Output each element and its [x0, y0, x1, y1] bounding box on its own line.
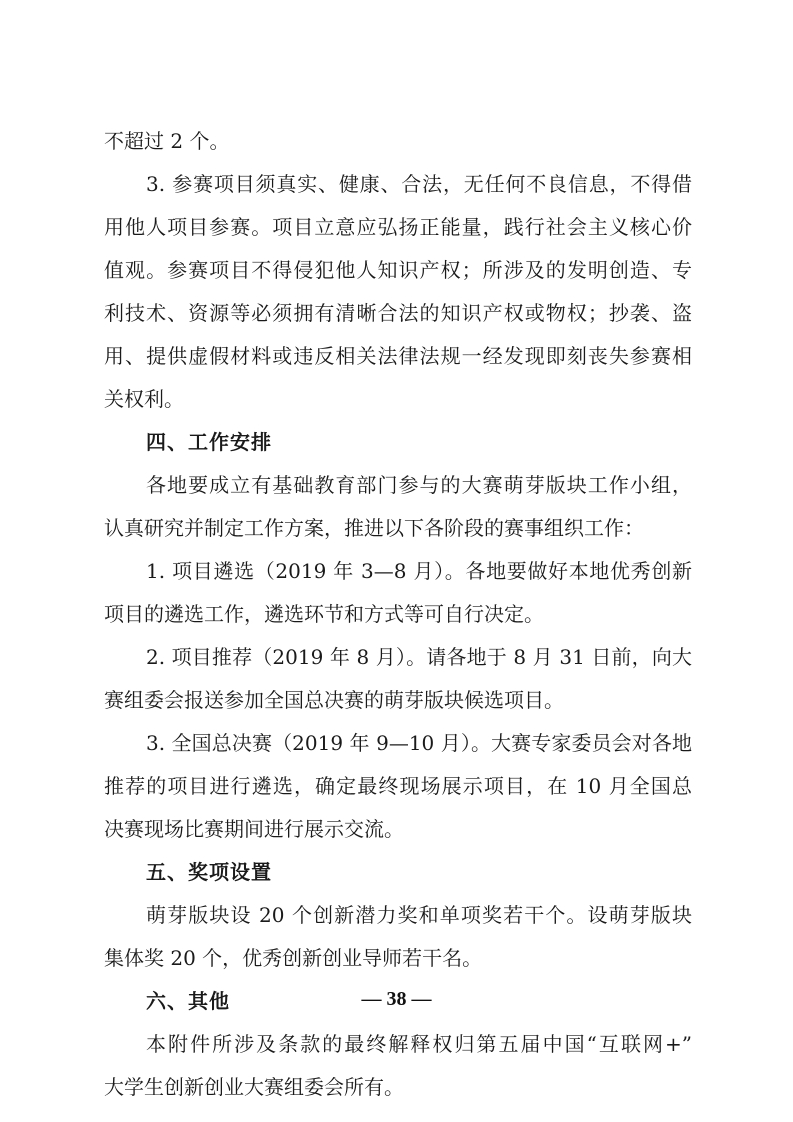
body-line: 3. 参赛项目须真实、健康、合法，无任何不良信息，不得借 — [104, 163, 692, 206]
body-line: 关权利。 — [104, 378, 692, 421]
body-line: 大学生创新创业大赛组委会所有。 — [104, 1066, 692, 1109]
body-line: 萌芽版块设 20 个创新潜力奖和单项奖若干个。设萌芽版块 — [104, 894, 692, 937]
body-line: 3. 全国总决赛（2019 年 9—10 月）。大赛专家委员会对各地 — [104, 722, 692, 765]
section-heading-awards: 五、奖项设置 — [104, 851, 692, 894]
body-line: 集体奖 20 个，优秀创新创业导师若干名。 — [104, 937, 692, 980]
body-line: 1. 项目遴选（2019 年 3—8 月）。各地要做好本地优秀创新 — [104, 550, 692, 593]
body-line: 2. 项目推荐（2019 年 8 月）。请各地于 8 月 31 日前，向大 — [104, 636, 692, 679]
body-line: 推荐的项目进行遴选，确定最终现场展示项目，在 10 月全国总 — [104, 765, 692, 808]
document-page: 不超过 2 个。 3. 参赛项目须真实、健康、合法，无任何不良信息，不得借 用他… — [0, 0, 793, 1122]
section-heading-work-arrangement: 四、工作安排 — [104, 421, 692, 464]
body-line: 本附件所涉及条款的最终解释权归第五届中国“互联网+” — [104, 1023, 692, 1066]
body-line: 用他人项目参赛。项目立意应弘扬正能量，践行社会主义核心价 — [104, 206, 692, 249]
body-line: 决赛现场比赛期间进行展示交流。 — [104, 808, 692, 851]
body-line: 值观。参赛项目不得侵犯他人知识产权；所涉及的发明创造、专 — [104, 249, 692, 292]
body-line: 项目的遴选工作，遴选环节和方式等可自行决定。 — [104, 593, 692, 636]
body-line: 利技术、资源等必须拥有清晰合法的知识产权或物权；抄袭、盗 — [104, 292, 692, 335]
body-line: 不超过 2 个。 — [104, 120, 692, 163]
body-line: 赛组委会报送参加全国总决赛的萌芽版块候选项目。 — [104, 679, 692, 722]
body-line: 认真研究并制定工作方案，推进以下各阶段的赛事组织工作： — [104, 507, 692, 550]
body-line: 各地要成立有基础教育部门参与的大赛萌芽版块工作小组， — [104, 464, 692, 507]
body-line: 用、提供虚假材料或违反相关法律法规一经发现即刻丧失参赛相 — [104, 335, 692, 378]
document-body: 不超过 2 个。 3. 参赛项目须真实、健康、合法，无任何不良信息，不得借 用他… — [104, 120, 692, 1109]
page-number: — 38 — — [0, 988, 793, 1011]
